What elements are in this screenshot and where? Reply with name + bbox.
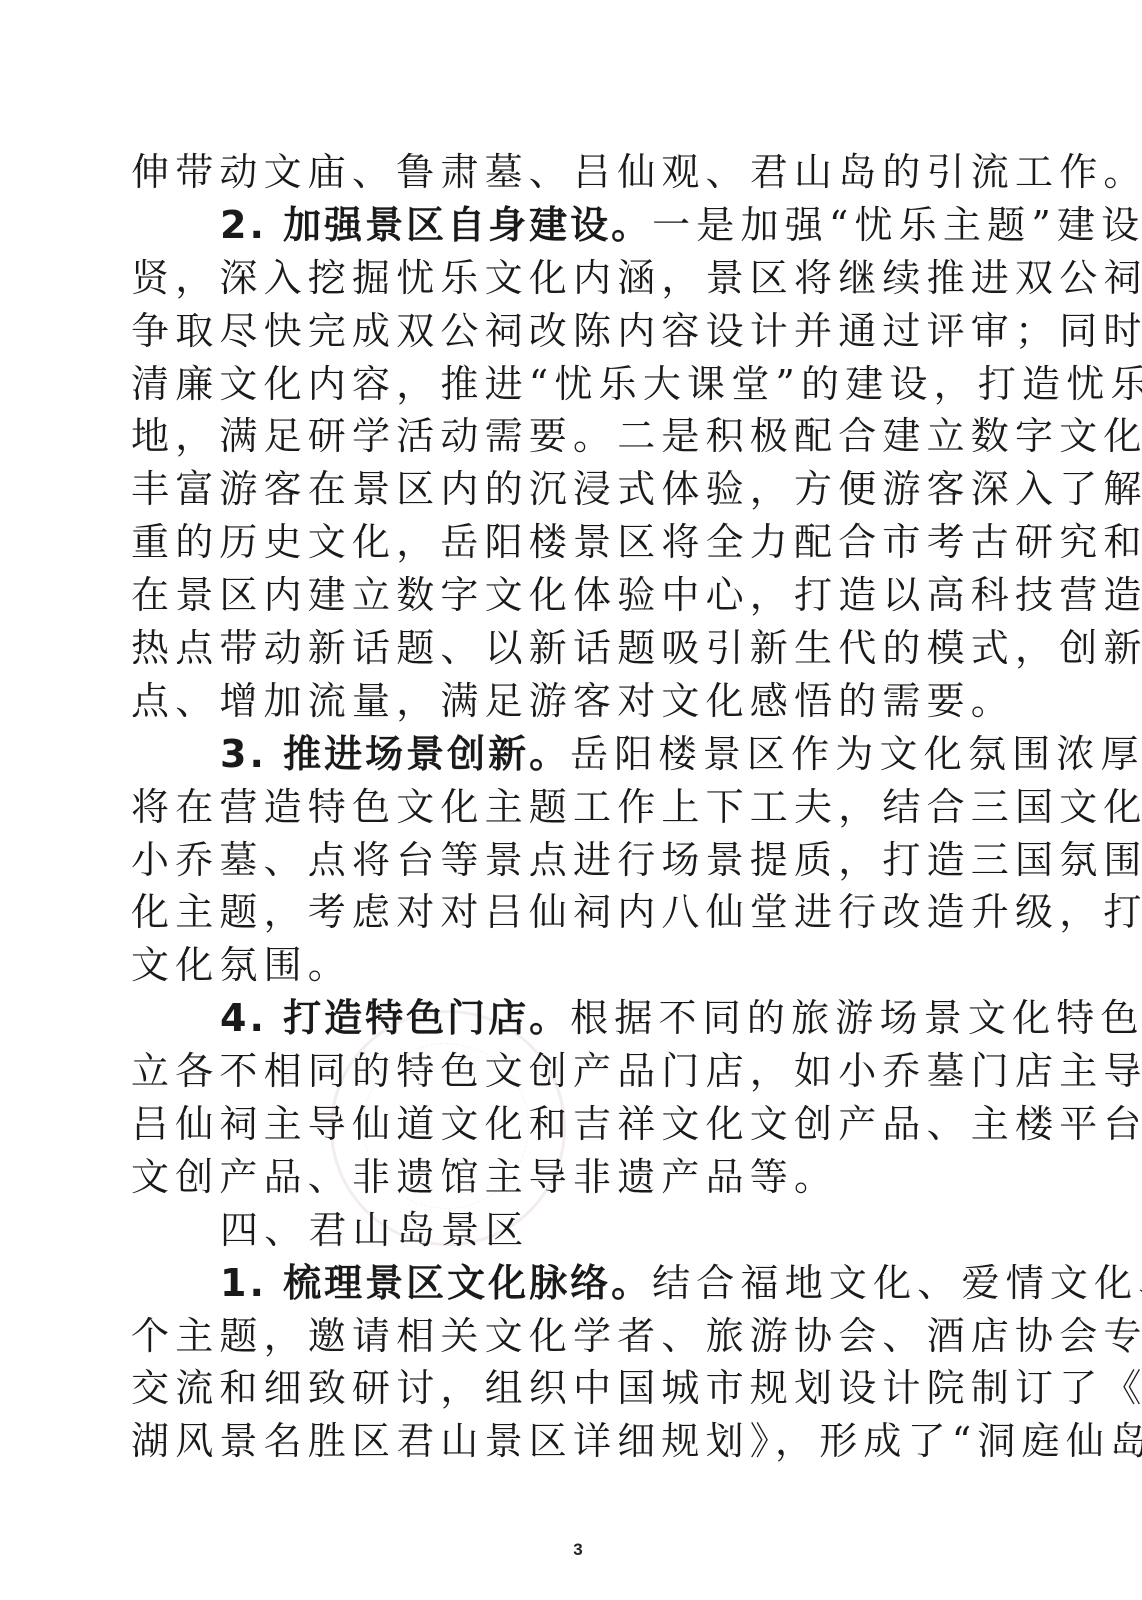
- body-line: 个主题，邀请相关文化学者、旅游协会、酒店协会专家进行了深入: [131, 1310, 1021, 1363]
- section-item-1: 1. 梳理景区文化脉络。结合福地文化、爱情文化、黄茶文化三: [131, 1257, 1021, 1310]
- section-heading-junshan: 四、君山岛景区: [131, 1204, 1021, 1257]
- body-line: 丰富游客在景区内的沉浸式体验，方便游客深入了解岳阳楼景区厚: [131, 463, 1021, 516]
- body-line: 湖风景名胜区君山景区详细规划》，形成了“洞庭仙岛 风雅君山”: [131, 1415, 1021, 1468]
- body-line: 文创产品、非遗馆主导非遗产品等。: [131, 1151, 1021, 1204]
- document-page: 伸带动文庙、鲁肃墓、吕仙观、君山岛的引流工作。 2. 加强景区自身建设。一是加强…: [0, 0, 1142, 1600]
- section-item-2: 2. 加强景区自身建设。一是加强“忧乐主题”建设。为纪念先: [131, 199, 1021, 252]
- item-title: 1. 梳理景区文化脉络。: [220, 1261, 652, 1305]
- body-line: 在景区内建立数字文化体验中心，打造以高科技营造新热点、以新: [131, 569, 1021, 622]
- body-line: 重的历史文化，岳阳楼景区将全力配合市考古研究和文物保护中心: [131, 516, 1021, 569]
- body-line: 立各不相同的特色文创产品门店，如小乔墓门店主导三国文创产品、: [131, 1045, 1021, 1098]
- body-line: 地，满足研学活动需要。二是积极配合建立数字文化体验中心。为: [131, 410, 1021, 463]
- body-line: 热点带动新话题、以新话题吸引新生代的模式，创新体验、制造爆: [131, 622, 1021, 675]
- item-text: 一是加强“忧乐主题”建设。为纪念先: [652, 203, 1142, 247]
- item-text: 结合福地文化、爱情文化、黄茶文化三: [652, 1261, 1142, 1305]
- body-line: 争取尽快完成双公祠改陈内容设计并通过评审；同时，景区将结合: [131, 305, 1021, 358]
- page-number: 3: [563, 1540, 593, 1560]
- item-text: 岳阳楼景区作为文化氛围浓厚的人文景区，: [570, 732, 1142, 776]
- body-line: 交流和细致研讨，组织中国城市规划设计院制订了《岳阳楼一洞庭: [131, 1362, 1021, 1415]
- body-line: 清廉文化内容，推进“忧乐大课堂”的建设，打造忧乐文化宣传阵: [131, 358, 1021, 411]
- body-line: 文化氛围。: [131, 939, 1021, 992]
- body-line: 贤，深入挖掘忧乐文化内涵，景区将继续推进双公祠的改陈工作，: [131, 252, 1021, 305]
- section-item-4: 4. 打造特色门店。根据不同的旅游场景文化特色，在景区内设: [131, 992, 1021, 1045]
- body-line: 吕仙祠主导仙道文化和吉祥文化文创产品、主楼平台门店主导忧乐: [131, 1098, 1021, 1151]
- body-line: 点、增加流量，满足游客对文化感悟的需要。: [131, 675, 1021, 728]
- body-line: 化主题，考虑对对吕仙祠内八仙堂进行改造升级，打造仙道及吉祥: [131, 886, 1021, 939]
- body-line: 小乔墓、点将台等景点进行场景提质，打造三国氛围；结合仙道文: [131, 834, 1021, 887]
- section-item-3: 3. 推进场景创新。岳阳楼景区作为文化氛围浓厚的人文景区，: [131, 728, 1021, 781]
- item-title: 3. 推进场景创新。: [220, 732, 570, 776]
- document-body: 伸带动文庙、鲁肃墓、吕仙观、君山岛的引流工作。 2. 加强景区自身建设。一是加强…: [131, 146, 1021, 1468]
- body-line: 伸带动文庙、鲁肃墓、吕仙观、君山岛的引流工作。: [131, 146, 1021, 199]
- item-title: 4. 打造特色门店。: [220, 996, 570, 1040]
- body-line: 将在营造特色文化主题工作上下工夫，结合三国文化主题，考虑对: [131, 781, 1021, 834]
- item-text: 根据不同的旅游场景文化特色，在景区内设: [570, 996, 1142, 1040]
- item-title: 2. 加强景区自身建设。: [220, 203, 652, 247]
